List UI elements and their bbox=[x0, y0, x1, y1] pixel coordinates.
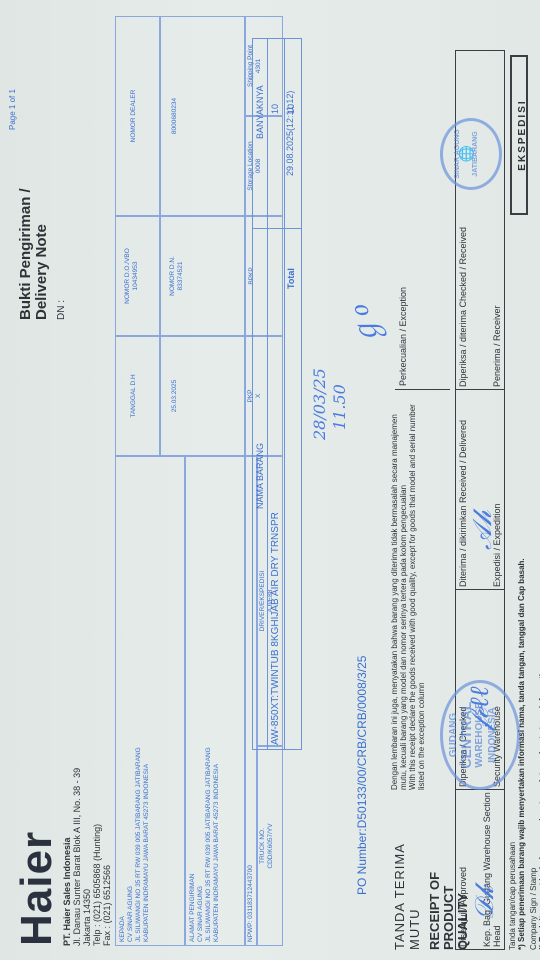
company-fax: Fax : (021) 6512566 bbox=[102, 768, 112, 946]
total-qty: 10 bbox=[286, 104, 296, 114]
items-table: NAMA BARANG BANYAKNYA AW-850XT:TWINTUB 8… bbox=[252, 38, 302, 750]
approved-signature: 𝒟𝓀 bbox=[470, 885, 501, 920]
dn-label: DN : bbox=[56, 300, 67, 320]
delivered-label: Diterima / dikirimkan Received / Deliver… bbox=[456, 390, 470, 589]
company-address: PT. Haier Sales Indonesia Jl. Danau Sunt… bbox=[62, 768, 112, 946]
company-name: PT. Haier Sales Indonesia bbox=[62, 768, 72, 946]
footer-note-id: *) Setiap penerimaan barang wajib menyer… bbox=[517, 230, 526, 950]
page-indicator: Page 1 of 1 bbox=[8, 89, 17, 130]
items-total-divider bbox=[284, 39, 285, 749]
truck-value: CDD/K6057/YV bbox=[267, 748, 275, 944]
alamat-name: CV SINAR AGUNG bbox=[197, 460, 205, 942]
company-street: Jl. Danau Sunter Barat Blok A III, No. 3… bbox=[72, 768, 82, 946]
delivered-cell: Diterima / dikirimkan Received / Deliver… bbox=[456, 389, 504, 589]
dealer-value: 8000680234 bbox=[160, 16, 245, 216]
alamat-address-2: KABUPATEN INDRAMAYU JAWA BARAT 45273 Ind… bbox=[213, 460, 221, 942]
footer-sign-id: Tanda tangan/cap perusahaan bbox=[508, 230, 517, 950]
handwritten-date: 28/03/25 bbox=[310, 368, 329, 440]
delivered-signature: 𝒜𝒽 bbox=[468, 510, 499, 550]
dealer-header: NOMOR DEALER bbox=[115, 16, 160, 216]
company-phone: Telp : (021) 6505868 (Hunting) bbox=[92, 768, 102, 946]
statement-indonesian: Dengan lembaran ini juga, menyatakan bah… bbox=[390, 400, 408, 790]
receiver-stamp: SINAR AGUNG 🌐 JATIBARANG bbox=[440, 118, 502, 190]
nomor-dn-cell: NOMOR D.N. 83374521 bbox=[160, 216, 245, 336]
nomor-dn-label: NOMOR D.N. bbox=[169, 220, 177, 332]
quality-statement: Dengan lembaran ini juga, menyatakan bah… bbox=[390, 400, 426, 790]
nomor-do-value: 10434953 bbox=[132, 220, 140, 332]
signature-scribble: ℊℴ bbox=[333, 299, 391, 357]
approved-cell: Disetujui / Approved Kep. Bag. Gudang Wa… bbox=[456, 789, 504, 949]
item-name: AW-850XT:TWINTUB 8KGHIJAB AIR DRY TRNSPR bbox=[270, 512, 281, 745]
checked-signature: 𝒻ℯℓℓ bbox=[465, 687, 496, 730]
title-english: Delivery Note bbox=[34, 188, 50, 320]
ekspedisi-box: EKSPEDISI bbox=[510, 55, 528, 215]
alamat-label: ALAMAT PENGIRIMAN bbox=[189, 460, 197, 942]
nomor-dn-value: 83374521 bbox=[177, 220, 185, 332]
kepada-address-2: KABUPATEN INDRAMAYU JAWA BARAT 45273 Ind… bbox=[143, 460, 151, 942]
document-title: Bukti Pengiriman / Delivery Note bbox=[18, 188, 50, 320]
receipt-heading-id: TANDA TERIMA MUTU bbox=[392, 830, 422, 950]
ekspedisi-label: EKSPEDISI bbox=[517, 99, 528, 170]
footer-sign-en: Company Sign / Stamp bbox=[529, 230, 538, 950]
po-number: PO Number:D50133/00/CRB/CRB/0008/3/25 bbox=[355, 656, 369, 895]
kepada-label: KEPADA bbox=[119, 460, 127, 942]
haier-logo: Haier bbox=[12, 831, 62, 946]
nomor-do-cell: NOMOR D.O./VBO 10434953 bbox=[115, 216, 160, 336]
stamp-text-jatibarang: JATIBARANG bbox=[471, 121, 480, 187]
truck-cell: TRUCK NO. CDD/K6057/YV bbox=[257, 746, 283, 946]
footer-notes: Tanda tangan/cap perusahaan *) Setiap pe… bbox=[508, 230, 540, 950]
nomor-do-label: NOMOR D.O./VBO bbox=[124, 220, 132, 332]
approved-label: Disetujui / Approved bbox=[456, 790, 470, 949]
handwritten-time: 11.50 bbox=[330, 384, 349, 430]
tanggal-value: 25.03.2025 bbox=[160, 336, 245, 456]
truck-label: TRUCK NO. bbox=[259, 748, 267, 944]
total-label: Total bbox=[286, 268, 296, 289]
kepada-address-1: JL SILIWANGI NO 35 RT RW 039 005 JATIBAR… bbox=[135, 460, 143, 942]
exception-box: Perkecualian / Exception bbox=[395, 50, 450, 390]
exception-label: Perkecualian / Exception bbox=[395, 50, 411, 389]
kepada-cell: KEPADA CV SINAR AGUNG JL SILIWANGI NO 35… bbox=[115, 456, 185, 946]
received-cell: Diperiksa / diterima Checked / Received … bbox=[456, 209, 504, 389]
item-qty: 10 bbox=[270, 104, 280, 114]
delivery-note-document: Haier PT. Haier Sales Indonesia Jl. Dana… bbox=[0, 0, 540, 960]
receiver-label: Penerima / Receiver bbox=[492, 305, 502, 387]
title-indonesian: Bukti Pengiriman / bbox=[18, 188, 34, 320]
tanggal-header: TANGGAL D.H bbox=[115, 336, 160, 456]
alamat-cell: ALAMAT PENGIRIMAN CV SINAR AGUNG JL SILI… bbox=[185, 456, 245, 946]
items-header-name: NAMA BARANG bbox=[255, 443, 265, 509]
received-label: Diperiksa / diterima Checked / Received bbox=[456, 209, 470, 389]
items-header-qty: BANYAKNYA bbox=[255, 85, 265, 139]
items-header-divider bbox=[267, 39, 268, 749]
company-city: Jakarta 14350 bbox=[82, 768, 92, 946]
statement-english: With this receipt declare the goods rece… bbox=[408, 400, 426, 790]
kepada-name: CV SINAR AGUNG bbox=[127, 460, 135, 942]
warehouse-head-label: Kep. Bag. Gudang Warehouse Section Head bbox=[482, 790, 502, 947]
alamat-address-1: JL SILIWANGI NO 35 RT RW 039 005 JATIBAR… bbox=[205, 460, 213, 942]
